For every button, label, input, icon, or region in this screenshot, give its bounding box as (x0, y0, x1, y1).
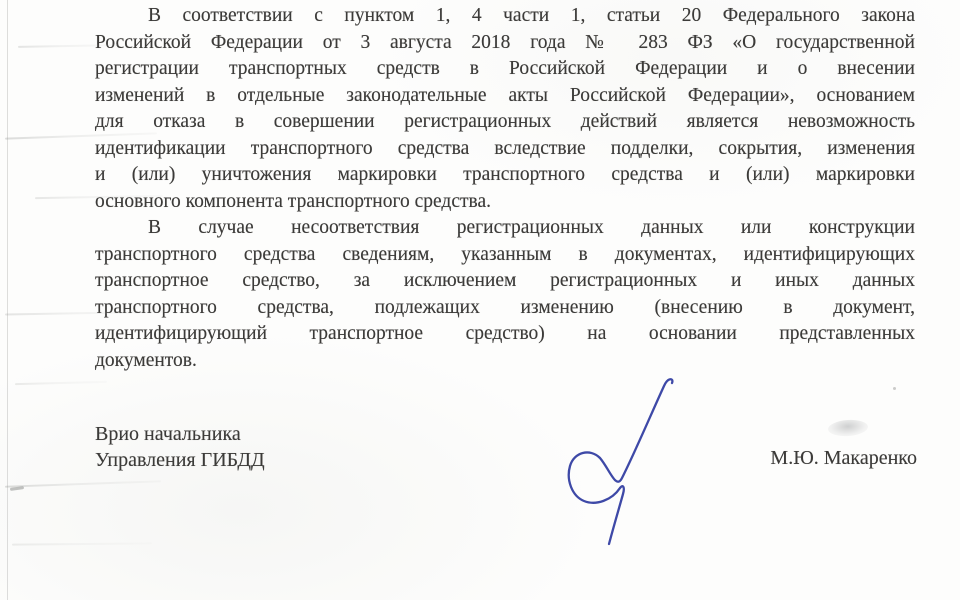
scan-artifact-smudge (827, 419, 868, 438)
scan-artifact-streak (12, 542, 152, 545)
text-line: транспортного средства, подлежащих измен… (95, 295, 915, 322)
scan-artifact-streak (15, 381, 107, 385)
signature-stroke (569, 379, 673, 544)
text-line: транспортное средство, за исключением ре… (95, 268, 915, 295)
scanned-document-page: В соответствии с пунктом 1, 4 части 1, с… (0, 0, 960, 600)
body-paragraph-1: В соответствии с пунктом 1, 4 части 1, с… (95, 3, 915, 215)
text-line: документов. (95, 348, 915, 375)
handwritten-signature (540, 370, 700, 560)
signatory-name: М.Ю. Макаренко (735, 447, 917, 470)
text-line: Российской Федерации от 3 августа 2018 г… (95, 30, 915, 57)
scan-edge-line (7, 0, 8, 600)
text-line: идентификации транспортного средства всл… (95, 136, 915, 163)
scan-artifact-speck (893, 387, 896, 390)
text-line: В случае несоответствия регистрационных … (95, 215, 915, 242)
text-line: изменений в отдельные законодательные ак… (95, 83, 915, 110)
signatory-title: Врио начальника Управления ГИБДД (95, 422, 265, 473)
scan-artifact-streak (5, 480, 161, 487)
text-line: основного компонента транспортного средс… (95, 189, 915, 216)
text-line: для отказа в совершении регистрационных … (95, 109, 915, 136)
text-line: В соответствии с пунктом 1, 4 части 1, с… (95, 3, 915, 30)
scan-artifact-mark (10, 486, 24, 491)
text-line: регистрации транспортных средств в Росси… (95, 56, 915, 83)
signatory-title-line-2: Управления ГИБДД (95, 448, 265, 474)
text-line: и (или) уничтожения маркировки транспорт… (95, 162, 915, 189)
body-paragraph-2: В случае несоответствия регистрационных … (95, 215, 915, 374)
text-line: идентифицирующий транспортное средство) … (95, 321, 915, 348)
text-line: транспортного средства сведениям, указан… (95, 242, 915, 269)
signatory-title-line-1: Врио начальника (95, 422, 265, 448)
document-body: В соответствии с пунктом 1, 4 части 1, с… (95, 3, 915, 374)
